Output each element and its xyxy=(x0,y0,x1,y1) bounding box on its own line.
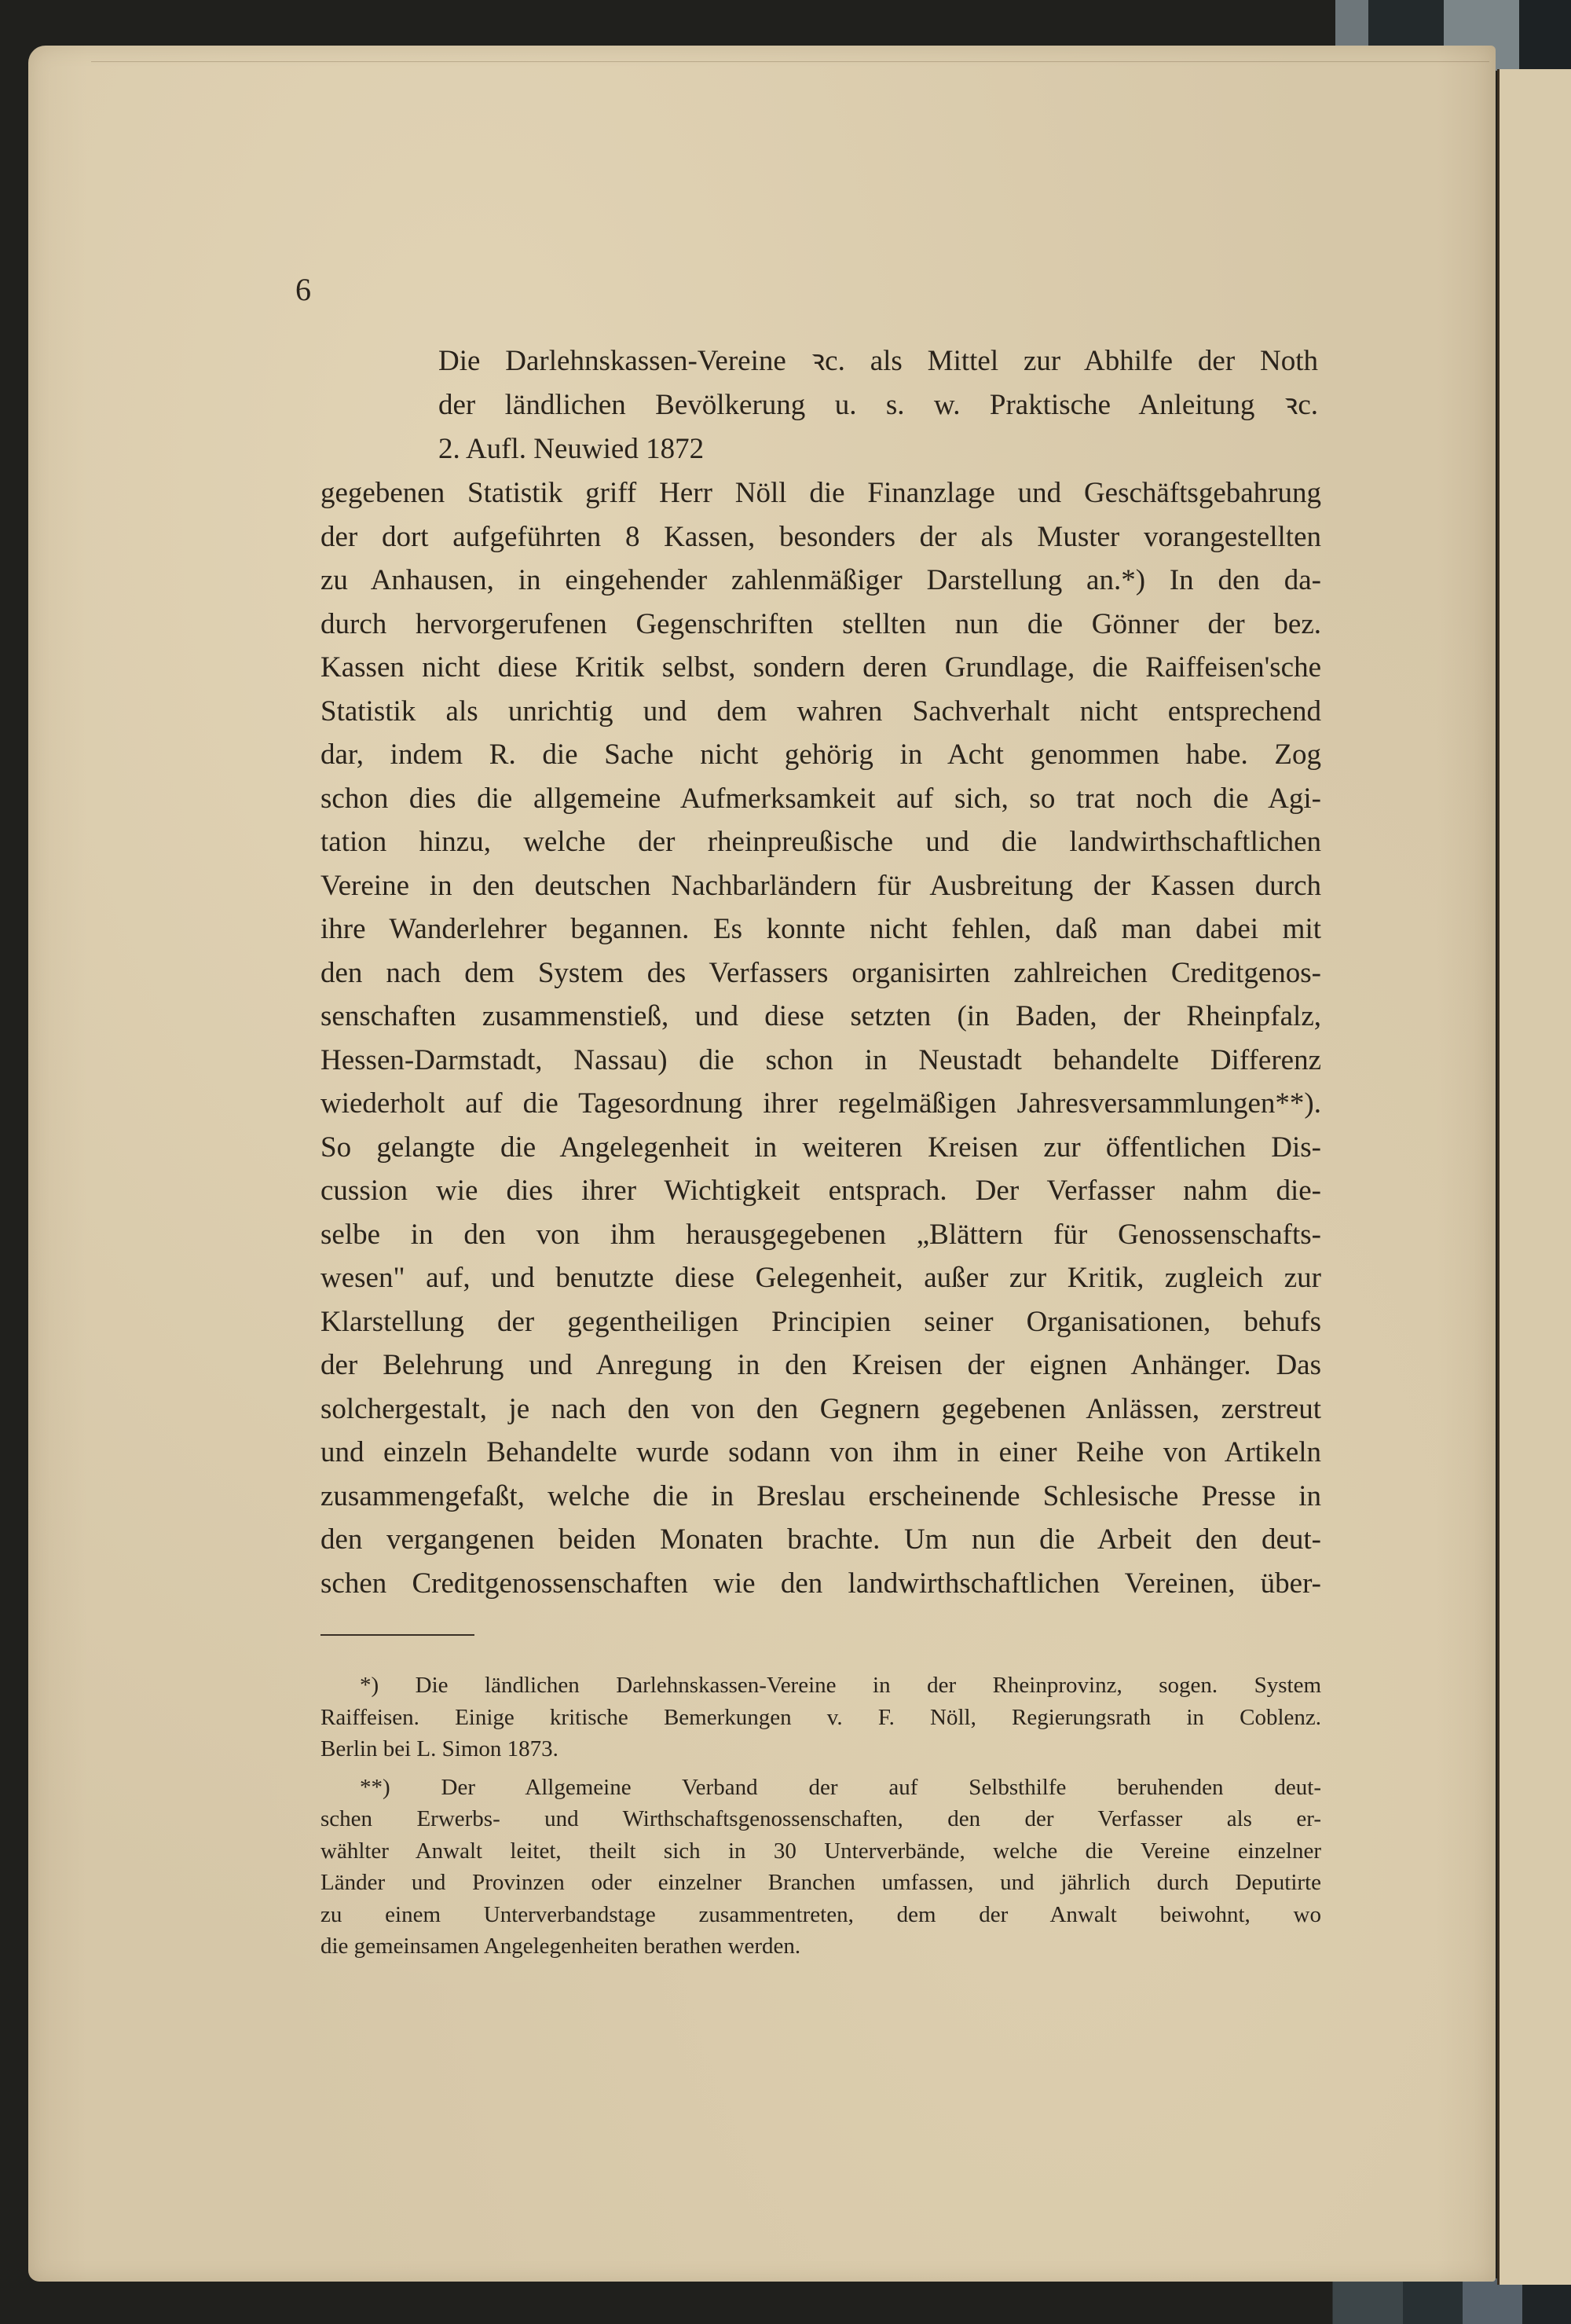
text-line: tation hinzu, welche der rheinpreußische… xyxy=(320,820,1321,864)
text-line: gegebenen Statistik griff Herr Nöll die … xyxy=(320,471,1321,515)
book-binding-bottom xyxy=(1300,2278,1571,2324)
text-line: selbe in den von ihm herausgegebenen „Bl… xyxy=(320,1213,1321,1257)
footnote-line: schen Erwerbs- und Wirthschaftsgenossens… xyxy=(320,1803,1321,1835)
text-line: den nach dem System des Verfassers organ… xyxy=(320,951,1321,995)
page-number: 6 xyxy=(295,271,311,308)
citation-line: 2. Aufl. Neuwied 1872 xyxy=(438,427,1318,471)
text-line: und einzeln Behandelte wurde sodann von … xyxy=(320,1431,1321,1475)
text-line: zusammengefaßt, welche die in Breslau er… xyxy=(320,1475,1321,1519)
text-line: den vergangenen beiden Monaten brachte. … xyxy=(320,1518,1321,1562)
text-line: senschaften zusammenstieß, und diese set… xyxy=(320,995,1321,1039)
text-line: wesen" auf, und benutzte diese Gelegenhe… xyxy=(320,1256,1321,1300)
text-line: Hessen-Darmstadt, Nassau) die schon in N… xyxy=(320,1039,1321,1083)
body-paragraph: gegebenen Statistik griff Herr Nöll die … xyxy=(320,471,1321,1605)
text-line: zu Anhausen, in eingehender zahlenmäßige… xyxy=(320,559,1321,603)
citation-line: der ländlichen Bevölkerung u. s. w. Prak… xyxy=(438,383,1318,427)
footnote-line: **) Der Allgemeine Verband der auf Selbs… xyxy=(320,1772,1321,1804)
footnote-separator xyxy=(320,1634,474,1636)
footnotes: *) Die ländlichen Darlehnskassen-Vereine… xyxy=(320,1670,1321,1969)
footnote-2: **) Der Allgemeine Verband der auf Selbs… xyxy=(320,1772,1321,1963)
footnote-line: Berlin bei L. Simon 1873. xyxy=(320,1733,1321,1765)
text-line: Klarstellung der gegentheiligen Principi… xyxy=(320,1300,1321,1344)
text-line: cussion wie dies ihrer Wichtigkeit entsp… xyxy=(320,1169,1321,1213)
text-line: Vereine in den deutschen Nachbarländern … xyxy=(320,864,1321,908)
footnote-line: *) Die ländlichen Darlehnskassen-Vereine… xyxy=(320,1670,1321,1702)
footnote-line: Länder und Provinzen oder einzelner Bran… xyxy=(320,1867,1321,1899)
scanned-book-spread: 6 Die Darlehnskassen-Vereine ꝛc. als Mit… xyxy=(0,0,1571,2324)
footnote-line: zu einem Unterverbandstage zusammentrete… xyxy=(320,1899,1321,1931)
text-line: der dort aufgeführten 8 Kassen, besonder… xyxy=(320,515,1321,559)
text-line: schen Creditgenossenschaften wie den lan… xyxy=(320,1562,1321,1606)
text-line: solchergestalt, je nach den von den Gegn… xyxy=(320,1387,1321,1431)
footnote-line: wählter Anwalt leitet, theilt sich in 30… xyxy=(320,1835,1321,1868)
text-line: wiederholt auf die Tagesordnung ihrer re… xyxy=(320,1082,1321,1126)
text-line: der Belehrung und Anregung in den Kreise… xyxy=(320,1343,1321,1387)
text-line: dar, indem R. die Sache nicht gehörig in… xyxy=(320,733,1321,777)
footnote-line: die gemeinsamen Angelegenheiten berathen… xyxy=(320,1930,1321,1963)
footnote-line: Raiffeisen. Einige kritische Bemerkungen… xyxy=(320,1702,1321,1734)
text-line: ihre Wanderlehrer begannen. Es konnte ni… xyxy=(320,907,1321,951)
text-line: Statistik als unrichtig und dem wahren S… xyxy=(320,690,1321,734)
citation-block: Die Darlehnskassen-Vereine ꝛc. als Mitte… xyxy=(438,339,1318,471)
text-line: schon dies die allgemeine Aufmerksamkeit… xyxy=(320,777,1321,821)
adjacent-page-edge xyxy=(1497,69,1571,2285)
text-line: durch hervorgerufenen Gegenschriften ste… xyxy=(320,603,1321,647)
page-fold-line xyxy=(91,61,1489,62)
text-line: Kassen nicht diese Kritik selbst, sonder… xyxy=(320,646,1321,690)
citation-line: Die Darlehnskassen-Vereine ꝛc. als Mitte… xyxy=(438,339,1318,383)
text-line: So gelangte die Angelegenheit in weitere… xyxy=(320,1126,1321,1170)
footnote-1: *) Die ländlichen Darlehnskassen-Vereine… xyxy=(320,1670,1321,1765)
